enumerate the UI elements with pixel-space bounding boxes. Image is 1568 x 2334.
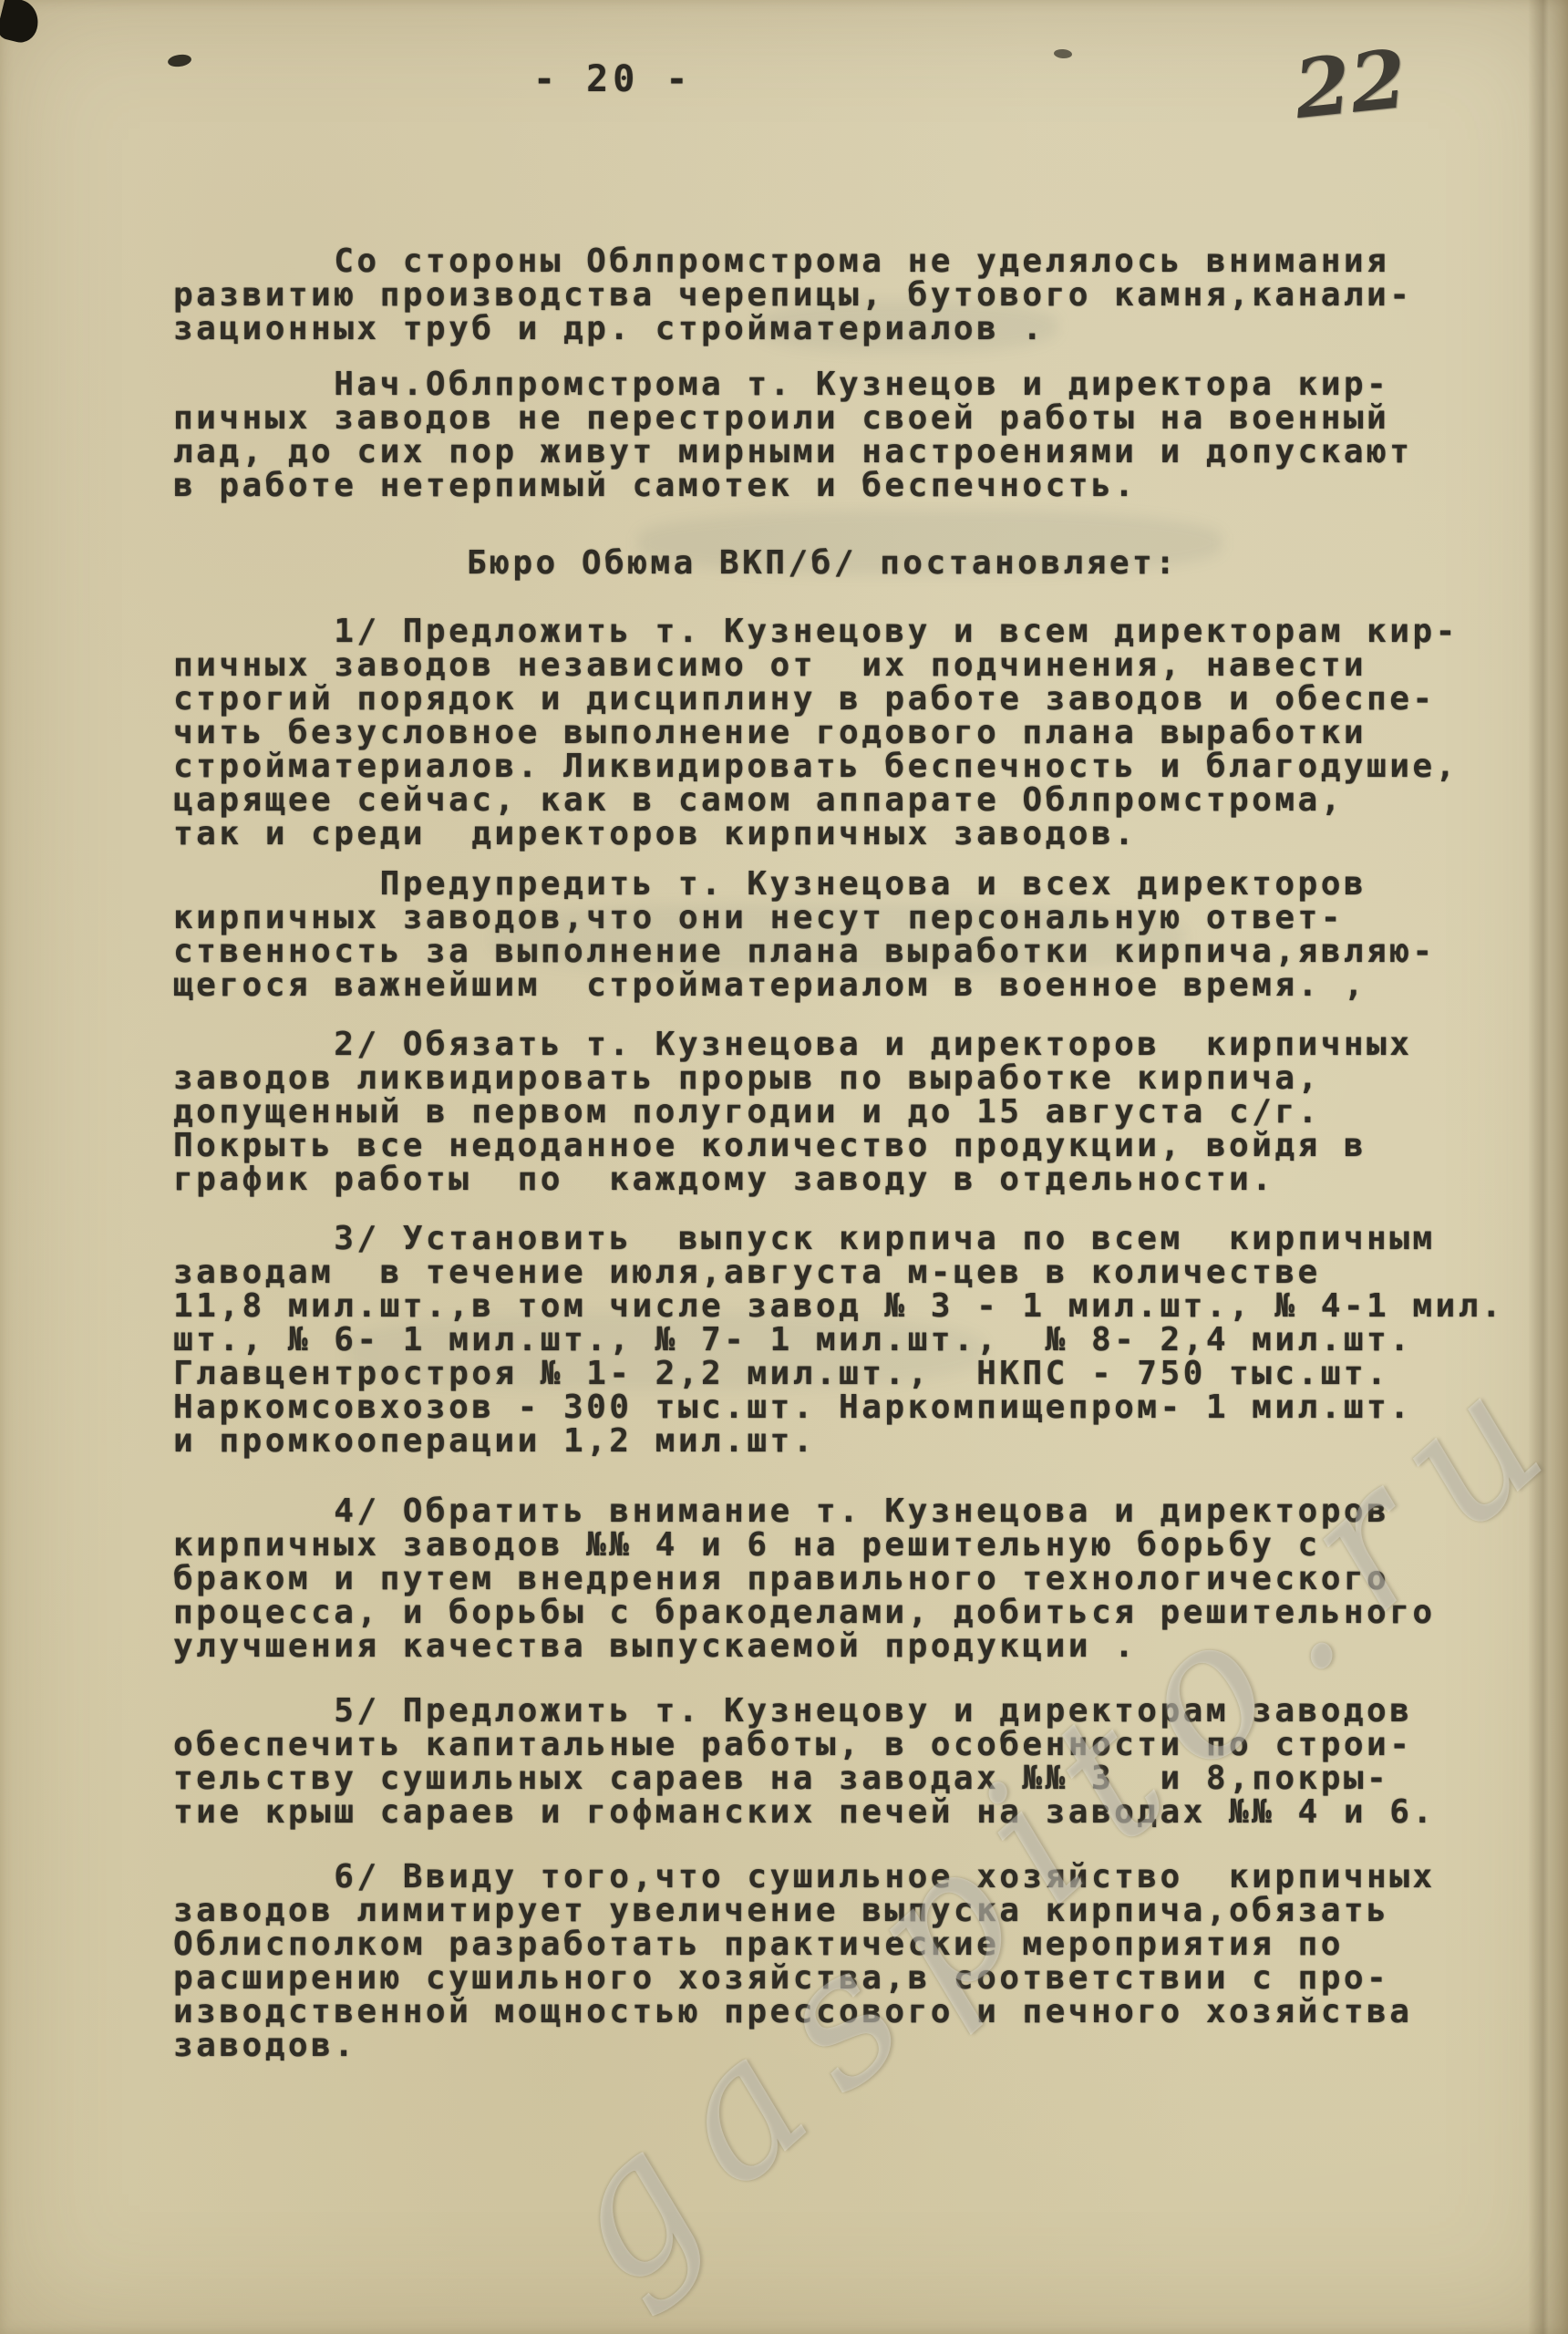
resolution-item-5: 5/ Предложить т. Кузнецову и директорам … <box>173 1694 1566 1829</box>
ink-blot <box>1054 48 1073 58</box>
resolution-item-1: 1/ Предложить т. Кузнецову и всем директ… <box>173 614 1566 851</box>
ink-blot <box>0 0 43 46</box>
resolution-item-4: 4/ Обратить внимание т. Кузнецова и дире… <box>173 1494 1566 1663</box>
page-edge-shadow <box>1528 0 1568 2334</box>
handwritten-page-number: 22 <box>1290 31 1411 137</box>
resolution-item-6: 6/ Ввиду того,что сушильное хозяйство ки… <box>173 1860 1566 2062</box>
intro-paragraph-2: Нач.Облпромстрома т. Кузнецов и директор… <box>173 367 1566 502</box>
resolution-item-3: 3/ Установить выпуск кирпича по всем кир… <box>173 1222 1566 1458</box>
document-body: Со стороны Облпромстрома не уделялось вн… <box>173 244 1566 2062</box>
scanned-document-page: - 20 - 22 Со стороны Облпромстрома не уд… <box>0 0 1568 2334</box>
ink-blot <box>167 53 192 67</box>
intro-paragraph-1: Со стороны Облпромстрома не уделялось вн… <box>173 244 1566 346</box>
page-number: - 20 - <box>533 58 693 100</box>
resolution-heading: Бюро Обюма ВКП/б/ постановляет: <box>467 546 1566 580</box>
warning-paragraph: Предупредить т. Кузнецова и всех директо… <box>173 867 1566 1002</box>
resolution-item-2: 2/ Обязать т. Кузнецова и директоров кир… <box>173 1028 1566 1196</box>
